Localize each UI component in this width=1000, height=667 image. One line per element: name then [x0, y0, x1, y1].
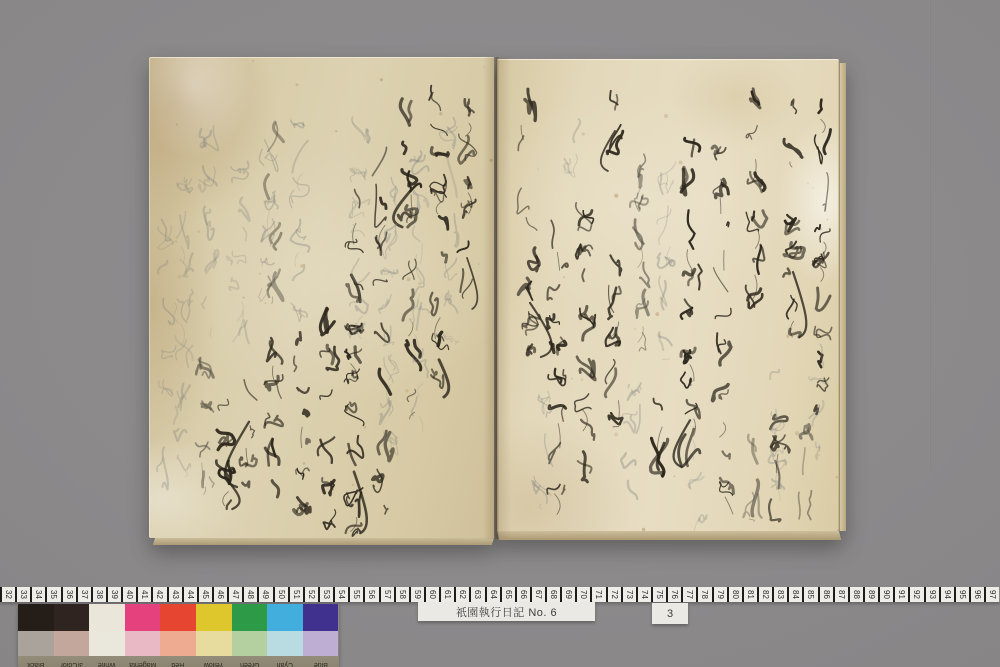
ruler-segment: 34 — [30, 587, 45, 602]
ruler-number: 43 — [168, 588, 183, 601]
ruler-number: 47 — [228, 588, 243, 601]
ruler-number: 82 — [758, 588, 773, 601]
ruler-number: 51 — [289, 588, 304, 601]
color-patch-label: Cyan — [267, 656, 303, 667]
ruler-segment: 33 — [15, 587, 30, 602]
ruler-segment: 32 — [0, 587, 15, 602]
ruler-number: 68 — [546, 588, 561, 601]
ruler-segment: 63 — [469, 587, 484, 602]
ruler-number: 32 — [1, 588, 16, 601]
color-patch-label: Yellow — [196, 656, 232, 667]
ruler-segment: 94 — [939, 587, 954, 602]
ruler-number: 85 — [804, 588, 819, 601]
ruler-number: 45 — [198, 588, 213, 601]
ruler-number: 87 — [834, 588, 849, 601]
ruler-segment: 71 — [590, 587, 605, 602]
ruler-number: 74 — [637, 588, 652, 601]
ruler-number: 92 — [910, 588, 925, 601]
ruler-segment: 59 — [409, 587, 424, 602]
photo-stage: 3233343536373839404142434445464748495051… — [0, 0, 1000, 667]
ruler-number: 38 — [92, 588, 107, 601]
ruler-segment: 41 — [136, 587, 151, 602]
ruler-number: 86 — [819, 588, 834, 601]
color-patch-yellow-tint — [196, 631, 232, 656]
color-patch-magenta-tint — [125, 631, 161, 656]
color-patch-red-solid — [160, 604, 196, 631]
color-patches — [18, 604, 339, 656]
ruler-segment: 84 — [787, 587, 802, 602]
color-patch-black-tint — [18, 631, 54, 656]
ruler-number: 55 — [349, 588, 364, 601]
ruler-segment: 65 — [500, 587, 515, 602]
ruler-segment: 51 — [288, 587, 303, 602]
ruler-segment: 39 — [106, 587, 121, 602]
ruler-segment: 74 — [636, 587, 651, 602]
ruler-number: 60 — [425, 588, 440, 601]
ruler-number: 37 — [77, 588, 92, 601]
ruler-number: 42 — [152, 588, 167, 601]
ruler-segment: 92 — [908, 587, 923, 602]
ruler-number: 81 — [743, 588, 758, 601]
ruler-scale: 3233343536373839404142434445464748495051… — [0, 587, 1000, 602]
ruler-number: 77 — [682, 588, 697, 601]
left-page — [149, 57, 494, 538]
right-page — [497, 59, 839, 531]
ruler-number: 65 — [501, 588, 516, 601]
ruler-number: 57 — [380, 588, 395, 601]
ruler-number: 69 — [561, 588, 576, 601]
ruler-segment: 60 — [424, 587, 439, 602]
ruler-segment: 38 — [91, 587, 106, 602]
ruler-number: 56 — [364, 588, 379, 601]
ruler-segment: 93 — [924, 587, 939, 602]
ruler-number: 88 — [849, 588, 864, 601]
ruler-segment: 80 — [727, 587, 742, 602]
color-patch-3-color-solid — [54, 604, 90, 631]
ruler-number: 48 — [243, 588, 258, 601]
ruler-number: 83 — [773, 588, 788, 601]
ruler-number: 70 — [576, 588, 591, 601]
ruler-segment: 70 — [575, 587, 590, 602]
color-patch-blue-solid — [303, 604, 339, 631]
ruler-segment: 36 — [61, 587, 76, 602]
ruler-number: 46 — [213, 588, 228, 601]
page-stack-edge-left — [153, 537, 495, 545]
ruler-number: 89 — [864, 588, 879, 601]
ruler-segment: 72 — [606, 587, 621, 602]
ruler-number: 59 — [410, 588, 425, 601]
ruler-number: 67 — [531, 588, 546, 601]
ruler-segment: 67 — [530, 587, 545, 602]
color-patch-3-color-tint — [54, 631, 90, 656]
ruler-segment: 42 — [151, 587, 166, 602]
ruler-segment: 58 — [394, 587, 409, 602]
color-patch-labels: Black3/ColorWhiteMagentaRedYellowGreenCy… — [18, 656, 339, 667]
ruler-segment: 77 — [681, 587, 696, 602]
color-patch-white-solid — [89, 604, 125, 631]
ruler-segment: 55 — [348, 587, 363, 602]
ruler-segment: 86 — [818, 587, 833, 602]
page-stack-edge-right — [497, 530, 841, 540]
ruler-number: 62 — [455, 588, 470, 601]
ruler-number: 53 — [319, 588, 334, 601]
ruler-number: 80 — [728, 588, 743, 601]
ruler-segment: 56 — [363, 587, 378, 602]
ruler-segment: 43 — [167, 587, 182, 602]
ruler-number: 36 — [62, 588, 77, 601]
ruler-number: 66 — [516, 588, 531, 601]
ruler-number: 64 — [486, 588, 501, 601]
ruler-number: 94 — [940, 588, 955, 601]
ruler-number: 58 — [395, 588, 410, 601]
color-patch-label: White — [89, 656, 125, 667]
color-patch-label: Black — [18, 656, 54, 667]
color-patch-label: Green — [232, 656, 268, 667]
color-patch-blue-tint — [303, 631, 339, 656]
color-patch-cyan-solid — [267, 604, 303, 631]
color-patch-white-tint — [89, 631, 125, 656]
ruler-number: 33 — [16, 588, 31, 601]
ruler-segment: 53 — [318, 587, 333, 602]
color-patch-green-solid — [232, 604, 268, 631]
ruler-segment: 91 — [893, 587, 908, 602]
ruler-segment: 85 — [802, 587, 817, 602]
caption-card-label: 祇園執行日記 No. 6 — [456, 604, 557, 620]
ruler-segment: 45 — [197, 587, 212, 602]
ruler-segment: 97 — [984, 587, 999, 602]
ruler-number: 96 — [970, 588, 985, 601]
ruler-number: 63 — [470, 588, 485, 601]
page-number-card: 3 — [652, 603, 688, 624]
ruler-segment: 96 — [969, 587, 984, 602]
ruler-number: 97 — [985, 588, 1000, 601]
ruler-number: 79 — [713, 588, 728, 601]
ruler-segment: 68 — [545, 587, 560, 602]
ruler-segment: 78 — [696, 587, 711, 602]
ruler-number: 76 — [667, 588, 682, 601]
ruler-number: 52 — [304, 588, 319, 601]
ruler-number: 44 — [183, 588, 198, 601]
ruler-segment: 75 — [651, 587, 666, 602]
ruler-segment: 82 — [757, 587, 772, 602]
ruler-segment: 87 — [833, 587, 848, 602]
page-stack-edge-fore — [839, 63, 846, 531]
color-patch-yellow-solid — [196, 604, 232, 631]
ruler-segment: 76 — [666, 587, 681, 602]
ruler-segment: 47 — [227, 587, 242, 602]
color-patch-label: 3/Color — [54, 656, 90, 667]
ruler-number: 72 — [607, 588, 622, 601]
calligraphy-left — [149, 57, 494, 538]
color-patch-magenta-solid — [125, 604, 161, 631]
ruler-segment: 62 — [454, 587, 469, 602]
ruler-segment: 90 — [878, 587, 893, 602]
ruler-segment: 46 — [212, 587, 227, 602]
ruler-segment: 66 — [515, 587, 530, 602]
ruler-number: 95 — [955, 588, 970, 601]
ruler-segment: 40 — [121, 587, 136, 602]
ruler-segment: 48 — [242, 587, 257, 602]
color-patch-label: Magenta — [125, 656, 161, 667]
ruler-number: 75 — [652, 588, 667, 601]
ruler-segment: 81 — [742, 587, 757, 602]
ruler-segment: 95 — [954, 587, 969, 602]
ruler-number: 35 — [46, 588, 61, 601]
ruler-number: 39 — [107, 588, 122, 601]
backdrop-seam — [929, 0, 931, 470]
caption-card: 祇園執行日記 No. 6 — [418, 602, 595, 621]
ruler-segment: 61 — [439, 587, 454, 602]
ruler-number: 90 — [879, 588, 894, 601]
ruler-segment: 35 — [45, 587, 60, 602]
ruler-number: 54 — [334, 588, 349, 601]
ruler-number: 93 — [925, 588, 940, 601]
ruler-segment: 57 — [379, 587, 394, 602]
color-calibration-chart: Black3/ColorWhiteMagentaRedYellowGreenCy… — [18, 604, 339, 667]
ruler-number: 78 — [698, 588, 713, 601]
ruler-segment: 54 — [333, 587, 348, 602]
ruler-number: 84 — [788, 588, 803, 601]
page-number-label: 3 — [667, 608, 673, 620]
ruler-number: 71 — [592, 588, 607, 601]
color-patch-label: Red — [160, 656, 196, 667]
ruler-segment: 52 — [303, 587, 318, 602]
manuscript-book — [149, 56, 846, 548]
ruler-number: 73 — [622, 588, 637, 601]
ruler-number: 49 — [258, 588, 273, 601]
color-patch-green-tint — [232, 631, 268, 656]
ruler-segment: 79 — [712, 587, 727, 602]
ruler-segment: 69 — [560, 587, 575, 602]
ruler-number: 41 — [137, 588, 152, 601]
ruler-segment: 89 — [863, 587, 878, 602]
ruler-number: 34 — [31, 588, 46, 601]
ruler-segment: 49 — [257, 587, 272, 602]
ruler-number: 50 — [274, 588, 289, 601]
ruler-segment: 88 — [848, 587, 863, 602]
ruler-segment: 44 — [182, 587, 197, 602]
calligraphy-right — [497, 59, 839, 531]
ruler-segment: 83 — [772, 587, 787, 602]
ruler-number: 91 — [894, 588, 909, 601]
ruler-number: 61 — [440, 588, 455, 601]
ruler-segment: 64 — [485, 587, 500, 602]
color-patch-cyan-tint — [267, 631, 303, 656]
ruler-segment: 50 — [273, 587, 288, 602]
ruler-segment: 73 — [621, 587, 636, 602]
ruler-number: 40 — [122, 588, 137, 601]
color-patch-label: Blue — [303, 656, 339, 667]
color-patch-black-solid — [18, 604, 54, 631]
book-gutter-shadow — [483, 57, 511, 539]
ruler-segment: 37 — [76, 587, 91, 602]
color-patch-red-tint — [160, 631, 196, 656]
